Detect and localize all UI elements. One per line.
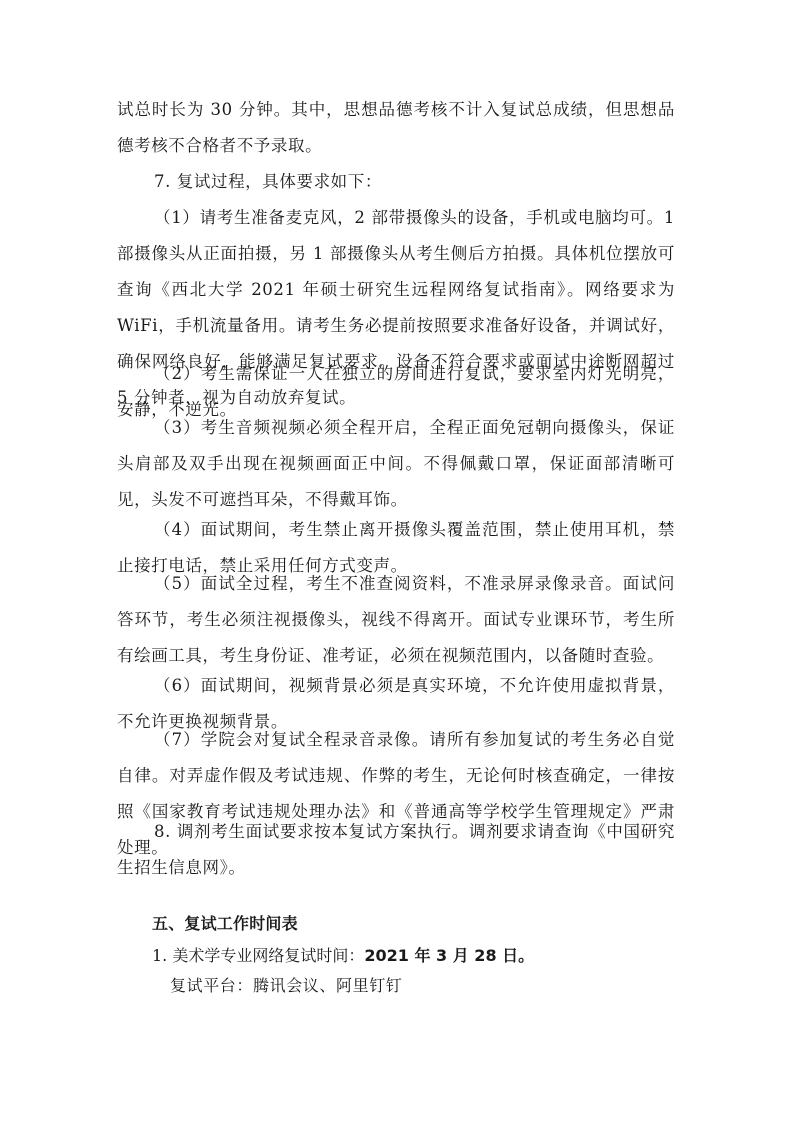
paragraph-exam-duration: 试总时长为 30 分钟。其中，思想品德考核不计入复试总成绩，但思想品德考核不合格… [117,92,675,164]
schedule-item-label: 1. 美术学专业网络复试时间： [152,946,364,965]
section-heading-schedule: 五、复试工作时间表 [152,912,298,936]
document-page: 试总时长为 30 分钟。其中，思想品德考核不计入复试总成绩，但思想品德考核不合格… [0,0,793,1122]
paragraph-requirement-3: （3）考生音频视频必须全程开启，全程正面免冠朝向摄像头，保证头肩部及双手出现在视… [117,410,675,518]
paragraph-item-8-adjustment: 8. 调剂考生面试要求按本复试方案执行。调剂要求请查询《中国研究生招生信息网》。 [117,814,675,886]
schedule-item-date: 2021 年 3 月 28 日。 [364,946,534,965]
paragraph-requirement-5: （5）面试全过程，考生不准查阅资料，不准录屏录像录音。面试问答环节，考生必须注视… [117,566,675,674]
platform-line: 复试平台：腾讯会议、阿里钉钉 [170,974,402,998]
schedule-item-1: 1. 美术学专业网络复试时间：2021 年 3 月 28 日。 [152,944,534,968]
paragraph-item-7-heading: 7. 复试过程，具体要求如下： [117,164,675,200]
